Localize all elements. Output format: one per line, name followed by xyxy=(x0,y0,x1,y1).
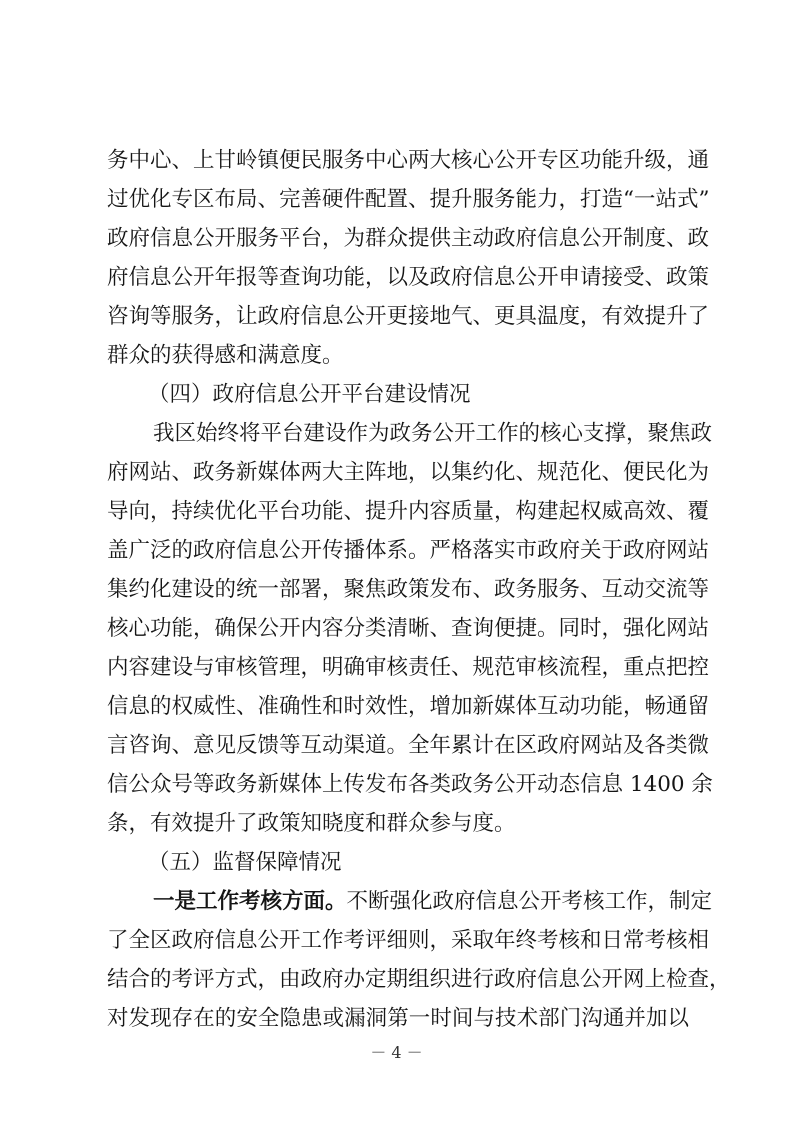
paragraph-line: 导向，持续优化平台功能、提升内容质量，构建起权威高效、覆 xyxy=(107,497,709,527)
section-heading-5: （五）监督保障情况 xyxy=(148,848,704,878)
paragraph-line: 一是工作考核方面。不断强化政府信息公开考核工作，制定 xyxy=(153,887,709,917)
paragraph-line: 咨询等服务，让政府信息公开更接地气、更具温度，有效提升了 xyxy=(107,302,709,332)
paragraph-line: 群众的获得感和满意度。 xyxy=(107,341,709,371)
paragraph-line: 过优化专区布局、完善硬件配置、提升服务能力，打造“一站式” xyxy=(107,185,709,215)
paragraph-line: 政府信息公开服务平台，为群众提供主动政府信息公开制度、政 xyxy=(107,224,709,254)
paragraph-line: 我区始终将平台建设作为政务公开工作的核心支撑，聚焦政 xyxy=(153,419,709,449)
paragraph-line: 条，有效提升了政策知晓度和群众参与度。 xyxy=(107,809,709,839)
paragraph-line: 对发现存在的安全隐患或漏洞第一时间与技术部门沟通并加以 xyxy=(107,1004,689,1034)
paragraph-line: 务中心、上甘岭镇便民服务中心两大核心公开专区功能升级，通 xyxy=(107,146,709,176)
paragraph-line: 盖广泛的政府信息公开传播体系。严格落实市政府关于政府网站 xyxy=(107,536,709,566)
paragraph-line: 结合的考评方式，由政府办定期组织进行政府信息公开网上检查， xyxy=(107,965,717,995)
page-number: － 4 － xyxy=(0,1040,793,1063)
paragraph-line: 信公众号等政务新媒体上传发布各类政务公开动态信息 1400 余 xyxy=(107,770,709,800)
paragraph-line: 信息的权威性、准确性和时效性，增加新媒体互动功能，畅通留 xyxy=(107,692,709,722)
document-page: 务中心、上甘岭镇便民服务中心两大核心公开专区功能升级，通 过优化专区布局、完善硬… xyxy=(0,0,793,1122)
paragraph-line: 集约化建设的统一部署，聚焦政策发布、政务服务、互动交流等 xyxy=(107,575,709,605)
bold-lead-phrase: 一是工作考核方面。 xyxy=(153,887,347,917)
paragraph-text: 不断强化政府信息公开考核工作，制定 xyxy=(347,887,713,917)
paragraph-line: 言咨询、意见反馈等互动渠道。全年累计在区政府网站及各类微 xyxy=(107,731,709,761)
paragraph-line: 府信息公开年报等查询功能，以及政府信息公开申请接受、政策 xyxy=(107,263,709,293)
paragraph-line: 了全区政府信息公开工作考评细则，采取年终考核和日常考核相 xyxy=(107,926,709,956)
paragraph-line: 府网站、政务新媒体两大主阵地，以集约化、规范化、便民化为 xyxy=(107,458,709,488)
paragraph-line: 内容建设与审核管理，明确审核责任、规范审核流程，重点把控 xyxy=(107,653,709,683)
section-heading-4: （四）政府信息公开平台建设情况 xyxy=(148,380,704,410)
paragraph-line: 核心功能，确保公开内容分类清晰、查询便捷。同时，强化网站 xyxy=(107,614,709,644)
